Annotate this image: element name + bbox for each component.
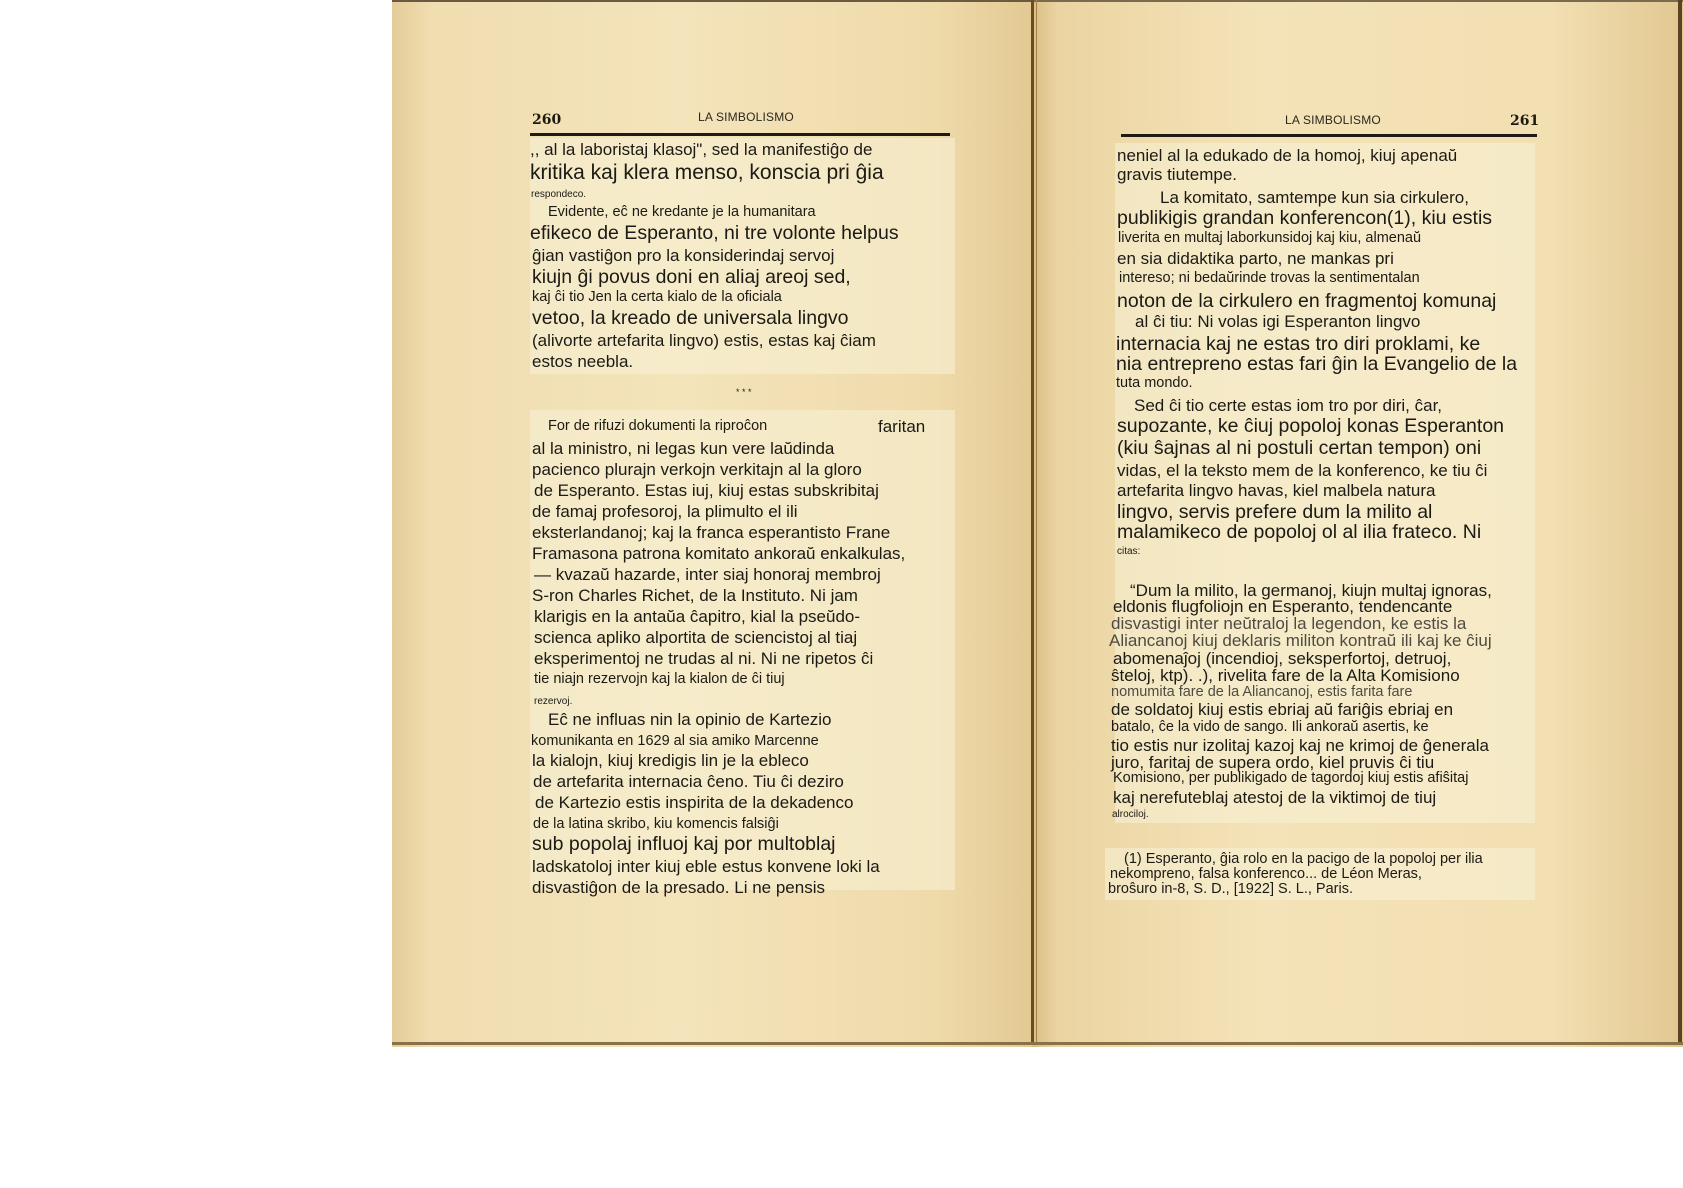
text-line: Eĉ ne influas nin la opinio de Kartezio <box>548 711 832 728</box>
right-page-number: 261 <box>1510 113 1539 129</box>
text-line: disvastiĝon de la presado. Li ne pensis <box>532 879 825 896</box>
text-line: (kiu ŝajnas al ni postuli certan tempon)… <box>1117 439 1481 459</box>
text-line: kritika kaj klera menso, konscia pri ĝia <box>530 162 884 183</box>
text-line: supozante, ke ĉiuj popoloj konas Esperan… <box>1117 417 1504 437</box>
footnote-line: nekompreno, falsa konferenco... de Léon … <box>1110 867 1422 882</box>
text-line: — kvazaŭ hazarde, inter siaj honoraj mem… <box>534 566 881 583</box>
text-line: batalo, ĉe la vido de sango. Ili ankoraŭ… <box>1111 720 1429 735</box>
text-line: al ĉi tiu: Ni volas igi Esperanton lingv… <box>1135 313 1420 330</box>
left-running-head: LA SIMBOLISMO <box>698 110 794 124</box>
book-gutter-shadow <box>1036 0 1037 1045</box>
text-line: ĝian vastiĝon pro la konsiderindaj servo… <box>532 247 834 264</box>
text-line: eksperimentoj ne trudas al ni. Ni ne rip… <box>534 650 873 667</box>
text-line: sub popolaj influoj kaj por multoblaj <box>532 835 836 855</box>
left-header-rule <box>530 133 950 136</box>
text-line: Framasona patrona komitato ankoraŭ enkal… <box>532 545 905 562</box>
text-line: ŝteloj, ktp). .), rivelita fare de la Al… <box>1111 667 1460 684</box>
text-line: Aliancanoj kiuj deklaris militon kontraŭ… <box>1109 632 1492 649</box>
right-page-bottom-edge <box>1032 1042 1683 1045</box>
text-line: efikeco de Esperanto, ni tre volonte hel… <box>530 224 899 244</box>
text-line: nia entrepreno estas fari ĝin la Evangel… <box>1116 355 1517 375</box>
text-line: pacienco plurajn verkojn verkitajn al la… <box>532 461 862 478</box>
right-page-edge <box>1678 0 1682 1045</box>
text-line: Sed ĉi tio certe estas iom tro por diri,… <box>1134 397 1442 414</box>
text-line: vetoo, la kreado de universala lingvo <box>532 309 849 329</box>
text-line: neniel al la edukado de la homoj, kiuj a… <box>1117 147 1457 164</box>
text-line: en sia didaktika parto, ne mankas pri <box>1117 250 1394 267</box>
text-line: al la ministro, ni legas kun vere laŭdin… <box>532 440 834 457</box>
text-line: ladskatoloj inter kiuj eble estus konven… <box>532 858 880 875</box>
text-line: tuta mondo. <box>1116 376 1193 391</box>
text-line: juro, faritaj de supera ordo, kiel pruvi… <box>1111 754 1434 771</box>
text-line: tio estis nur izolitaj kazoj kaj ne krim… <box>1111 737 1489 754</box>
text-line: scienca apliko alportita de sciencistoj … <box>534 629 857 646</box>
text-line: de Kartezio estis inspirita de la dekade… <box>535 794 853 811</box>
text-line: malamikeco de popoloj ol al ilia frateco… <box>1117 523 1481 543</box>
left-page-bottom-edge <box>392 1042 1032 1045</box>
text-line: la kialojn, kiuj kredigis lin je la eble… <box>532 752 809 769</box>
text-line: de la latina skribo, kiu komencis falsiĝ… <box>533 817 779 832</box>
text-line: komunikanta en 1629 al sia amiko Marcenn… <box>531 734 819 749</box>
text-line: kaj ĉi tio Jen la certa kialo de la ofic… <box>532 290 782 305</box>
right-header-rule <box>1121 134 1537 137</box>
text-line: abomenaĵoj (incendioj, seksperfortoj, de… <box>1113 650 1451 667</box>
text-line: vidas, el la teksto mem de la konferenco… <box>1117 462 1487 479</box>
text-line: eldonis flugfoliojn en Esperanto, tenden… <box>1113 598 1452 615</box>
text-line: noton de la cirkulero en fragmentoj komu… <box>1117 292 1496 312</box>
text-line: La komitato, samtempe kun sia cirkulero, <box>1160 189 1469 206</box>
text-line: artefarita lingvo havas, kiel malbela na… <box>1117 482 1435 499</box>
text-line: eksterlandanoj; kaj la franca esperantis… <box>532 524 890 541</box>
text-line: kiujn ĝi povus doni en aliaj areoj sed, <box>532 268 851 288</box>
text-line: disvastigi inter neŭtraloj la legendon, … <box>1111 615 1466 632</box>
text-line: alrociloj. <box>1112 810 1149 820</box>
text-line: S-ron Charles Richet, de la Instituto. N… <box>532 587 858 604</box>
text-line: liverita en multaj laborkunsidoj kaj kiu… <box>1118 231 1421 246</box>
section-break-asterism: * * * <box>736 387 752 397</box>
text-line: (alivorte artefarita lingvo) estis, esta… <box>532 332 876 349</box>
text-line: internacia kaj ne estas tro diri proklam… <box>1116 335 1480 355</box>
right-running-head: LA SIMBOLISMO <box>1285 113 1381 127</box>
text-line: nomumita fare de la Aliancanoj, estis fa… <box>1111 685 1412 700</box>
text-line: de famaj profesoroj, la plimulto el ili <box>532 503 798 520</box>
text-line: Evidente, eĉ ne kredante je la humanitar… <box>548 205 816 220</box>
text-line: respondeco. <box>531 190 586 200</box>
text-line: Komisiono, per publikigado de tagordoj k… <box>1113 771 1468 786</box>
footnote-line: (1) Esperanto, ĝia rolo en la pacigo de … <box>1124 852 1483 867</box>
text-line: de Esperanto. Estas iuj, kiuj estas subs… <box>534 482 879 499</box>
text-line: rezervoj. <box>534 697 572 707</box>
left-page-number: 260 <box>532 112 561 128</box>
footnote-line: broŝuro in-8, S. D., [1922] S. L., Paris… <box>1108 882 1353 897</box>
text-line: citas: <box>1117 547 1140 557</box>
text-line: ,, al la laboristaj klasoj", sed la mani… <box>530 141 872 158</box>
text-line: intereso; ni bedaŭrinde trovas la sentim… <box>1119 271 1420 286</box>
text-line: gravis tiutempe. <box>1117 166 1237 183</box>
text-line: For de rifuzi dokumenti la riproĉon <box>548 419 767 434</box>
text-line: lingvo, servis prefere dum la milito al <box>1117 503 1432 523</box>
text-line: estos neebla. <box>532 353 633 370</box>
text-line: kaj nerefuteblaj atestoj de la viktimoj … <box>1113 789 1436 806</box>
book-gutter <box>1031 0 1034 1045</box>
text-line: tie niajn rezervojn kaj la kialon de ĉi … <box>534 672 785 687</box>
text-line: klarigis en la antaŭa ĉapitro, kial la p… <box>534 608 860 625</box>
text-line: de soldatoj kiuj estis ebriaj aŭ fariĝis… <box>1111 701 1453 718</box>
text-line: faritan <box>878 418 925 435</box>
text-line: de artefarita internacia ĉeno. Tiu ĉi de… <box>533 773 844 790</box>
text-line: publikigis grandan konferencon(1), kiu e… <box>1117 209 1492 229</box>
